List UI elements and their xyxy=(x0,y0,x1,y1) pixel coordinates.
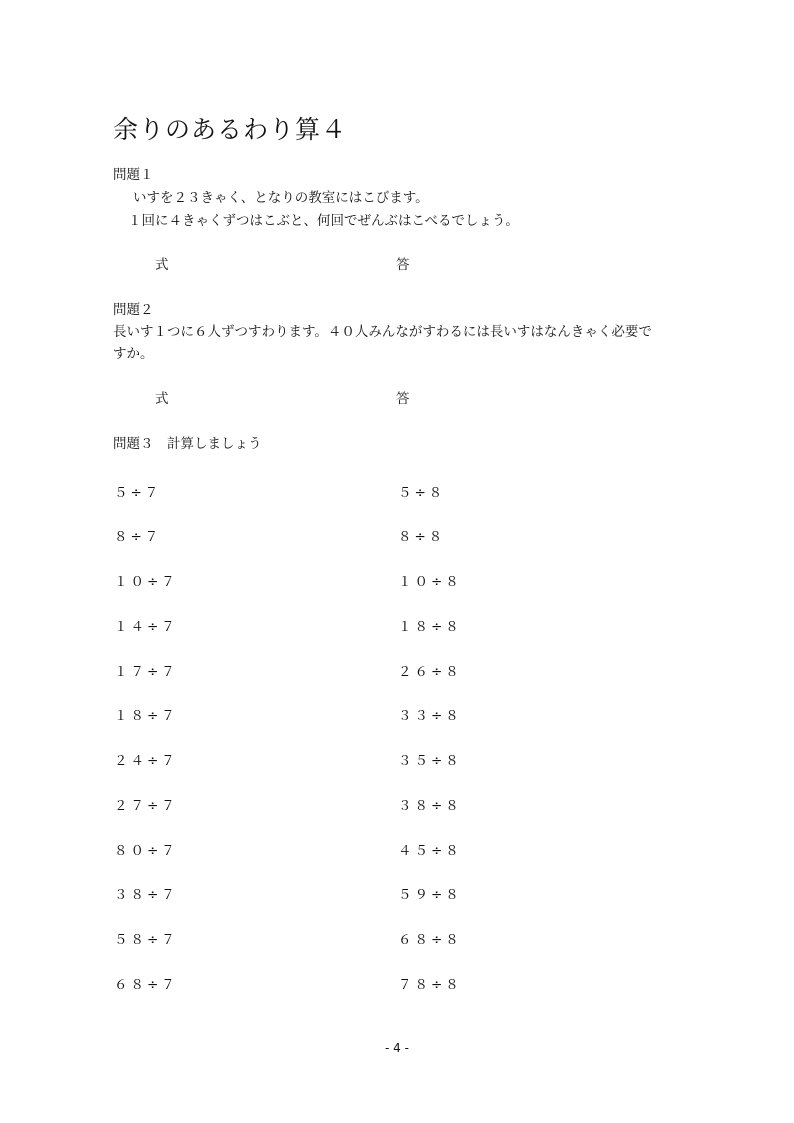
calc-item: ５８÷７ xyxy=(114,928,178,948)
problem2-formula-label: 式 xyxy=(155,390,169,408)
calc-item: １０÷７ xyxy=(114,570,178,590)
problem2-answer-label: 答 xyxy=(396,390,410,408)
calc-item: １４÷７ xyxy=(114,615,178,635)
problem2-heading: 問題２ xyxy=(113,301,154,319)
calc-item: ４５÷８ xyxy=(398,839,462,859)
page-number: - 4 - xyxy=(0,1041,794,1055)
calc-item: ６８÷７ xyxy=(114,973,178,993)
problem3-heading: 問題３ 計算しましょう xyxy=(113,435,262,453)
calc-item: ８÷８ xyxy=(398,525,445,545)
problem2-text-line1: 長いす１つに６人ずつすわります。４０人みんながすわるには長いすはなんきゃく必要で xyxy=(113,323,652,341)
calc-item: ２４÷７ xyxy=(114,749,178,769)
problem2-text-line2: すか。 xyxy=(113,345,154,363)
calc-item: １８÷７ xyxy=(114,704,178,724)
calc-item: ５÷７ xyxy=(114,481,161,501)
problem1-text-line1: いすを２３きゃく、となりの教室にはこびます。 xyxy=(133,189,429,207)
calc-item: ８０÷７ xyxy=(114,839,178,859)
problem1-answer-label: 答 xyxy=(396,256,410,274)
calc-item: ５９÷８ xyxy=(398,883,462,903)
calc-item: ５÷８ xyxy=(398,481,445,501)
page-title: 余りのあるわり算４ xyxy=(113,110,347,146)
problem1-text-line2: １回に４きゃくずつはこぶと、何回でぜんぶはこべるでしょう。 xyxy=(128,212,519,230)
calc-item: ８÷７ xyxy=(114,525,161,545)
calc-item: ２６÷８ xyxy=(398,660,462,680)
calc-item: ７８÷８ xyxy=(398,973,462,993)
calc-item: ２７÷７ xyxy=(114,794,178,814)
calc-item: ６８÷８ xyxy=(398,928,462,948)
problem1-heading: 問題１ xyxy=(113,166,154,184)
calc-item: １０÷８ xyxy=(398,570,462,590)
calc-item: ３８÷７ xyxy=(114,883,178,903)
calc-item: ３３÷８ xyxy=(398,704,462,724)
calc-item: ３８÷８ xyxy=(398,794,462,814)
calc-item: １７÷７ xyxy=(114,660,178,680)
calc-item: ３５÷８ xyxy=(398,749,462,769)
calc-item: １８÷８ xyxy=(398,615,462,635)
problem1-formula-label: 式 xyxy=(155,256,169,274)
